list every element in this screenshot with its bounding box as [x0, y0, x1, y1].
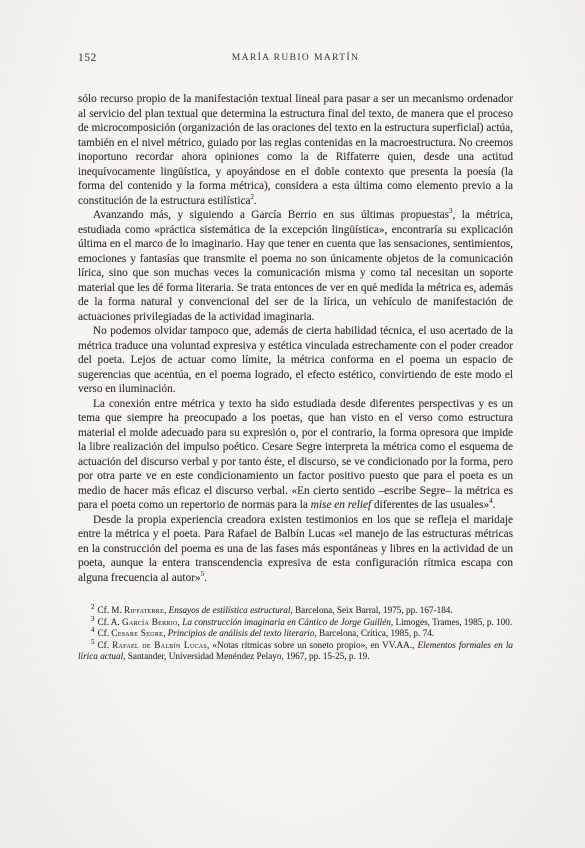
- footnote-marker: 5: [91, 638, 95, 646]
- styled-text: Cesare Segre: [111, 628, 163, 638]
- footnote: 4Cf. Cesare Segre, Principios de análisi…: [78, 628, 513, 640]
- footnote-reference: 2: [251, 193, 255, 201]
- footnote: 3Cf. A. García Berrio, La construcción i…: [78, 617, 513, 629]
- body-text: sólo recurso propio de la manifestación …: [78, 92, 513, 585]
- footnote: 2Cf. M. Riffaterre, Ensayos de estilísti…: [78, 605, 513, 617]
- footnote-reference: 5: [201, 570, 205, 578]
- footnote-marker: 2: [91, 603, 95, 611]
- paragraph: La conexión entre métrica y texto ha sid…: [78, 397, 513, 513]
- styled-text: Riffaterre: [124, 605, 164, 615]
- styled-text: Ensayos de estilística estructural: [169, 605, 291, 615]
- footnotes: 2Cf. M. Riffaterre, Ensayos de estilísti…: [78, 605, 513, 663]
- footnote-marker: 4: [91, 626, 95, 634]
- scanned-book-page: 152 MARÍA RUBIO MARTÍN sólo recurso prop…: [0, 0, 585, 848]
- styled-text: Principios de análisis del texto literar…: [168, 628, 315, 638]
- styled-text: mise en relief: [311, 499, 371, 511]
- footnote: 5Cf. Rafael de Balbín Lucas, «Notas rítm…: [78, 640, 513, 663]
- styled-text: La construcción imaginaria en Cántico de…: [182, 617, 391, 627]
- paragraph: Avanzando más, y siguiendo a García Berr…: [78, 208, 513, 324]
- page-header: 152 MARÍA RUBIO MARTÍN: [78, 52, 513, 66]
- footnote-reference: 3: [449, 207, 453, 215]
- paragraph: No podemos olvidar tampoco que, además d…: [78, 324, 513, 397]
- footnote-marker: 3: [91, 615, 95, 623]
- styled-text: García Berrio: [122, 617, 178, 627]
- paragraph: sólo recurso propio de la manifestación …: [78, 92, 513, 208]
- footnote-reference: 4: [489, 497, 493, 505]
- running-head: MARÍA RUBIO MARTÍN: [78, 53, 513, 63]
- styled-text: Rafael de Balbín Lucas: [112, 640, 207, 650]
- paragraph: Desde la propia experiencia creadora exi…: [78, 513, 513, 586]
